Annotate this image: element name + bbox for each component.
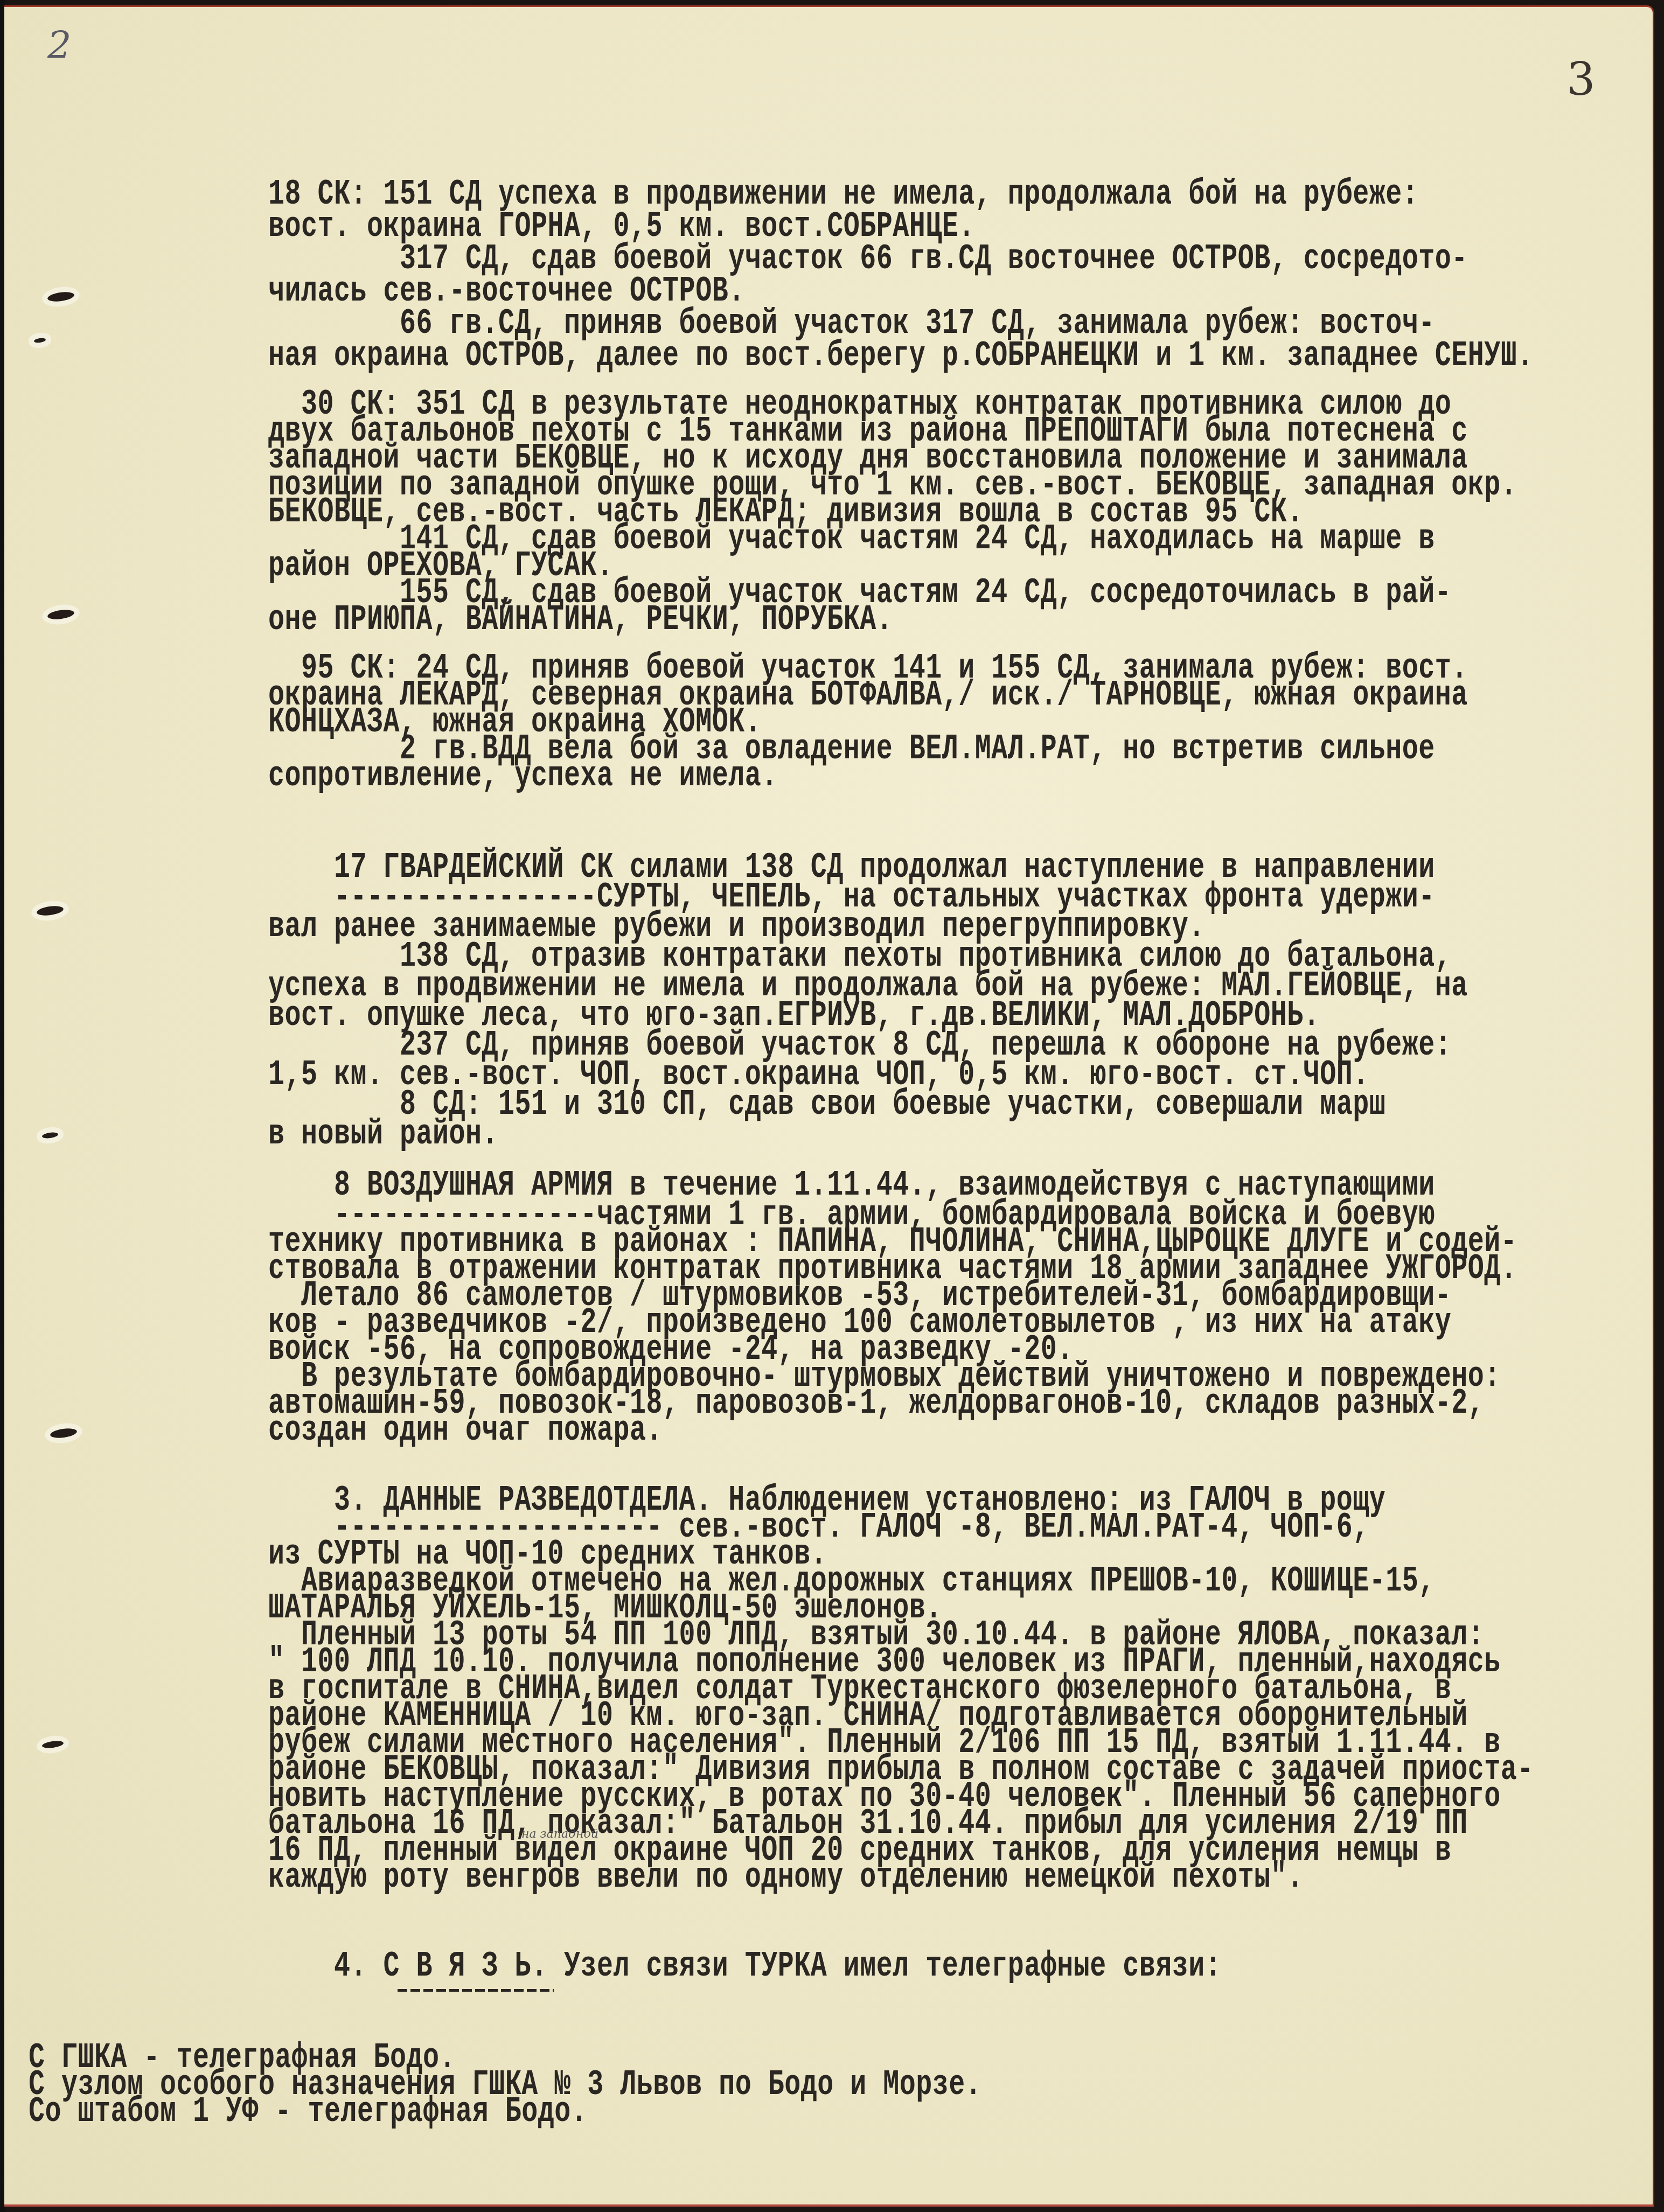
text-line: создан один очаг пожара.: [268, 1410, 663, 1452]
text-line: оне ПРИЮПА, ВАЙНАТИНА, РЕЧКИ, ПОРУБКА.: [268, 599, 893, 641]
page-number: 3: [1566, 53, 1595, 106]
text-line: 4. С В Я З Ь. Узел связи ТУРКА имел теле…: [268, 1946, 1221, 1987]
document-page: 2 3 18 СК: 151 СД успеха в продвижении н…: [4, 5, 1654, 2207]
punch-hole: [47, 291, 75, 303]
text-line: ная окраина ОСТРОВ, далее по вост.берегу…: [268, 336, 1534, 377]
text-line: сопротивление, успеха не имела.: [268, 756, 778, 797]
punch-hole: [36, 905, 64, 917]
punch-hole: [41, 1132, 58, 1139]
text-line: Со штабом 1 УФ - телеграфная Бодо.: [29, 2091, 587, 2133]
text-line: в новый район.: [268, 1114, 498, 1155]
punch-hole: [41, 1740, 64, 1749]
text-line: каждую роту венгров ввели по одному отде…: [268, 1857, 1304, 1899]
punch-hole: [50, 1427, 78, 1440]
heading-underline: [398, 1989, 554, 1992]
punch-hole: [47, 609, 75, 621]
margin-note: 2: [47, 23, 72, 67]
handwritten-insert: на западной: [521, 1827, 598, 1841]
punch-hole: [34, 338, 46, 344]
